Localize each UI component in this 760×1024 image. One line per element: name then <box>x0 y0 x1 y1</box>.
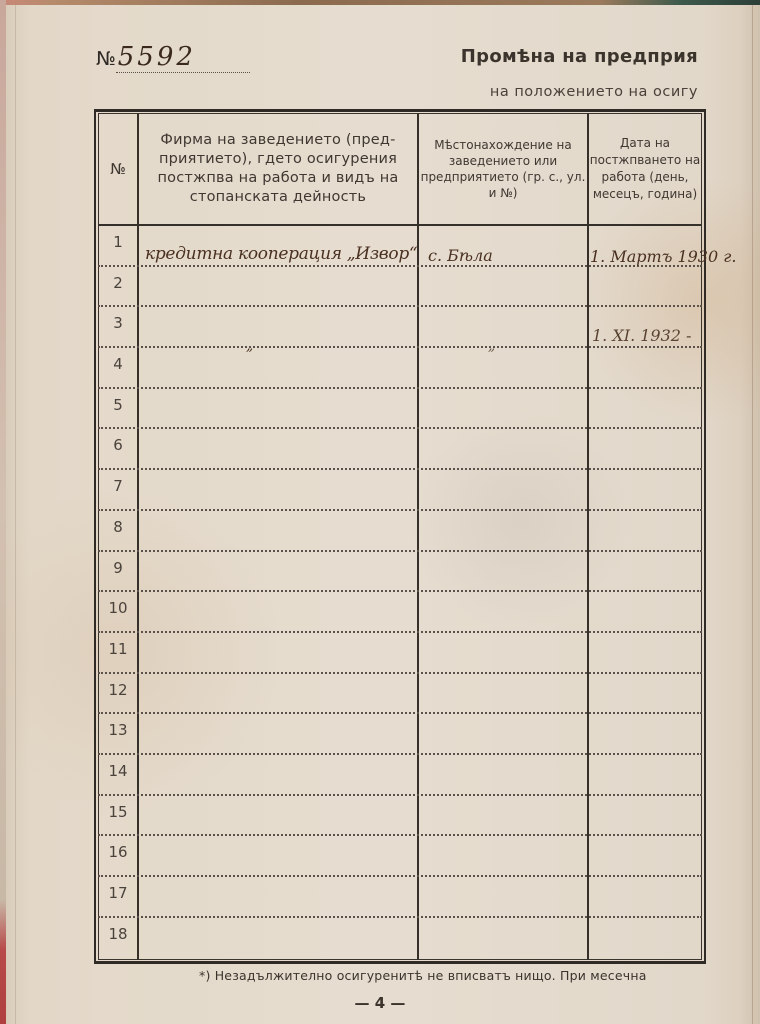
handwritten-ditto-mark: „ <box>488 338 495 354</box>
row-number: 14 <box>98 762 138 780</box>
handwritten-firm-entry: кредитна кооперация „Извор“ <box>145 244 417 264</box>
page-fold-left <box>15 5 16 1024</box>
handwritten-location-entry: с. Бѣла <box>428 246 493 265</box>
document-number: № 5592 <box>96 42 250 72</box>
row-number: 13 <box>98 721 138 739</box>
row-number: 8 <box>98 518 138 536</box>
row-number: 1 <box>98 233 138 251</box>
row-number: 10 <box>98 599 138 617</box>
column-header-firm: Фирма на заведението (пред-приятието), г… <box>139 113 417 224</box>
handwritten-date-entry: 1. Мартъ 1930 г. <box>590 247 736 266</box>
row-number: 2 <box>98 274 138 292</box>
table-row: 8 <box>98 511 702 552</box>
page-subtitle: на положението на осигу <box>490 84 698 100</box>
table-row: 14 <box>98 755 702 796</box>
page-number: — 4 — <box>0 994 760 1012</box>
table-row: 12 <box>98 674 702 715</box>
table-row: 7 <box>98 470 702 511</box>
number-value-handwritten: 5592 <box>116 42 250 73</box>
cover-edge-top <box>0 0 760 5</box>
row-number: 16 <box>98 843 138 861</box>
table-row: 6 <box>98 429 702 470</box>
table-row: 15 <box>98 796 702 837</box>
handwritten-date-entry: 1. XI. 1932 - <box>592 326 691 345</box>
table-row: 17 <box>98 877 702 918</box>
table-row: 5 <box>98 389 702 430</box>
page-title: Промѣна на предприя <box>461 46 698 67</box>
column-header-date: Дата на постжпването на работа (день, ме… <box>589 113 701 224</box>
row-number: 17 <box>98 884 138 902</box>
table-row: 11 <box>98 633 702 674</box>
handwritten-ditto-mark: „ <box>246 338 253 354</box>
table-row: 10 <box>98 592 702 633</box>
row-number: 4 <box>98 355 138 373</box>
table-row: 13 <box>98 714 702 755</box>
row-number: 18 <box>98 925 138 943</box>
column-header-number: № <box>99 113 137 224</box>
row-number: 5 <box>98 396 138 414</box>
table-row: 9 <box>98 552 702 593</box>
page-fold-right <box>752 5 753 1024</box>
cover-edge-left <box>0 0 6 1024</box>
row-number: 7 <box>98 477 138 495</box>
table-row: 2 <box>98 267 702 308</box>
row-number: 9 <box>98 559 138 577</box>
footnote: *) Незадължително осигуренитѣ не вписват… <box>199 968 647 983</box>
column-header-location: Мѣстонахождение на заведението или предп… <box>419 113 587 224</box>
row-number: 11 <box>98 640 138 658</box>
table-row: 18 <box>98 918 702 959</box>
row-number: 6 <box>98 436 138 454</box>
table-row: 16 <box>98 836 702 877</box>
row-number: 15 <box>98 803 138 821</box>
table-row: 4 <box>98 348 702 389</box>
row-number: 12 <box>98 681 138 699</box>
row-number: 3 <box>98 314 138 332</box>
number-sign: № <box>96 48 116 70</box>
